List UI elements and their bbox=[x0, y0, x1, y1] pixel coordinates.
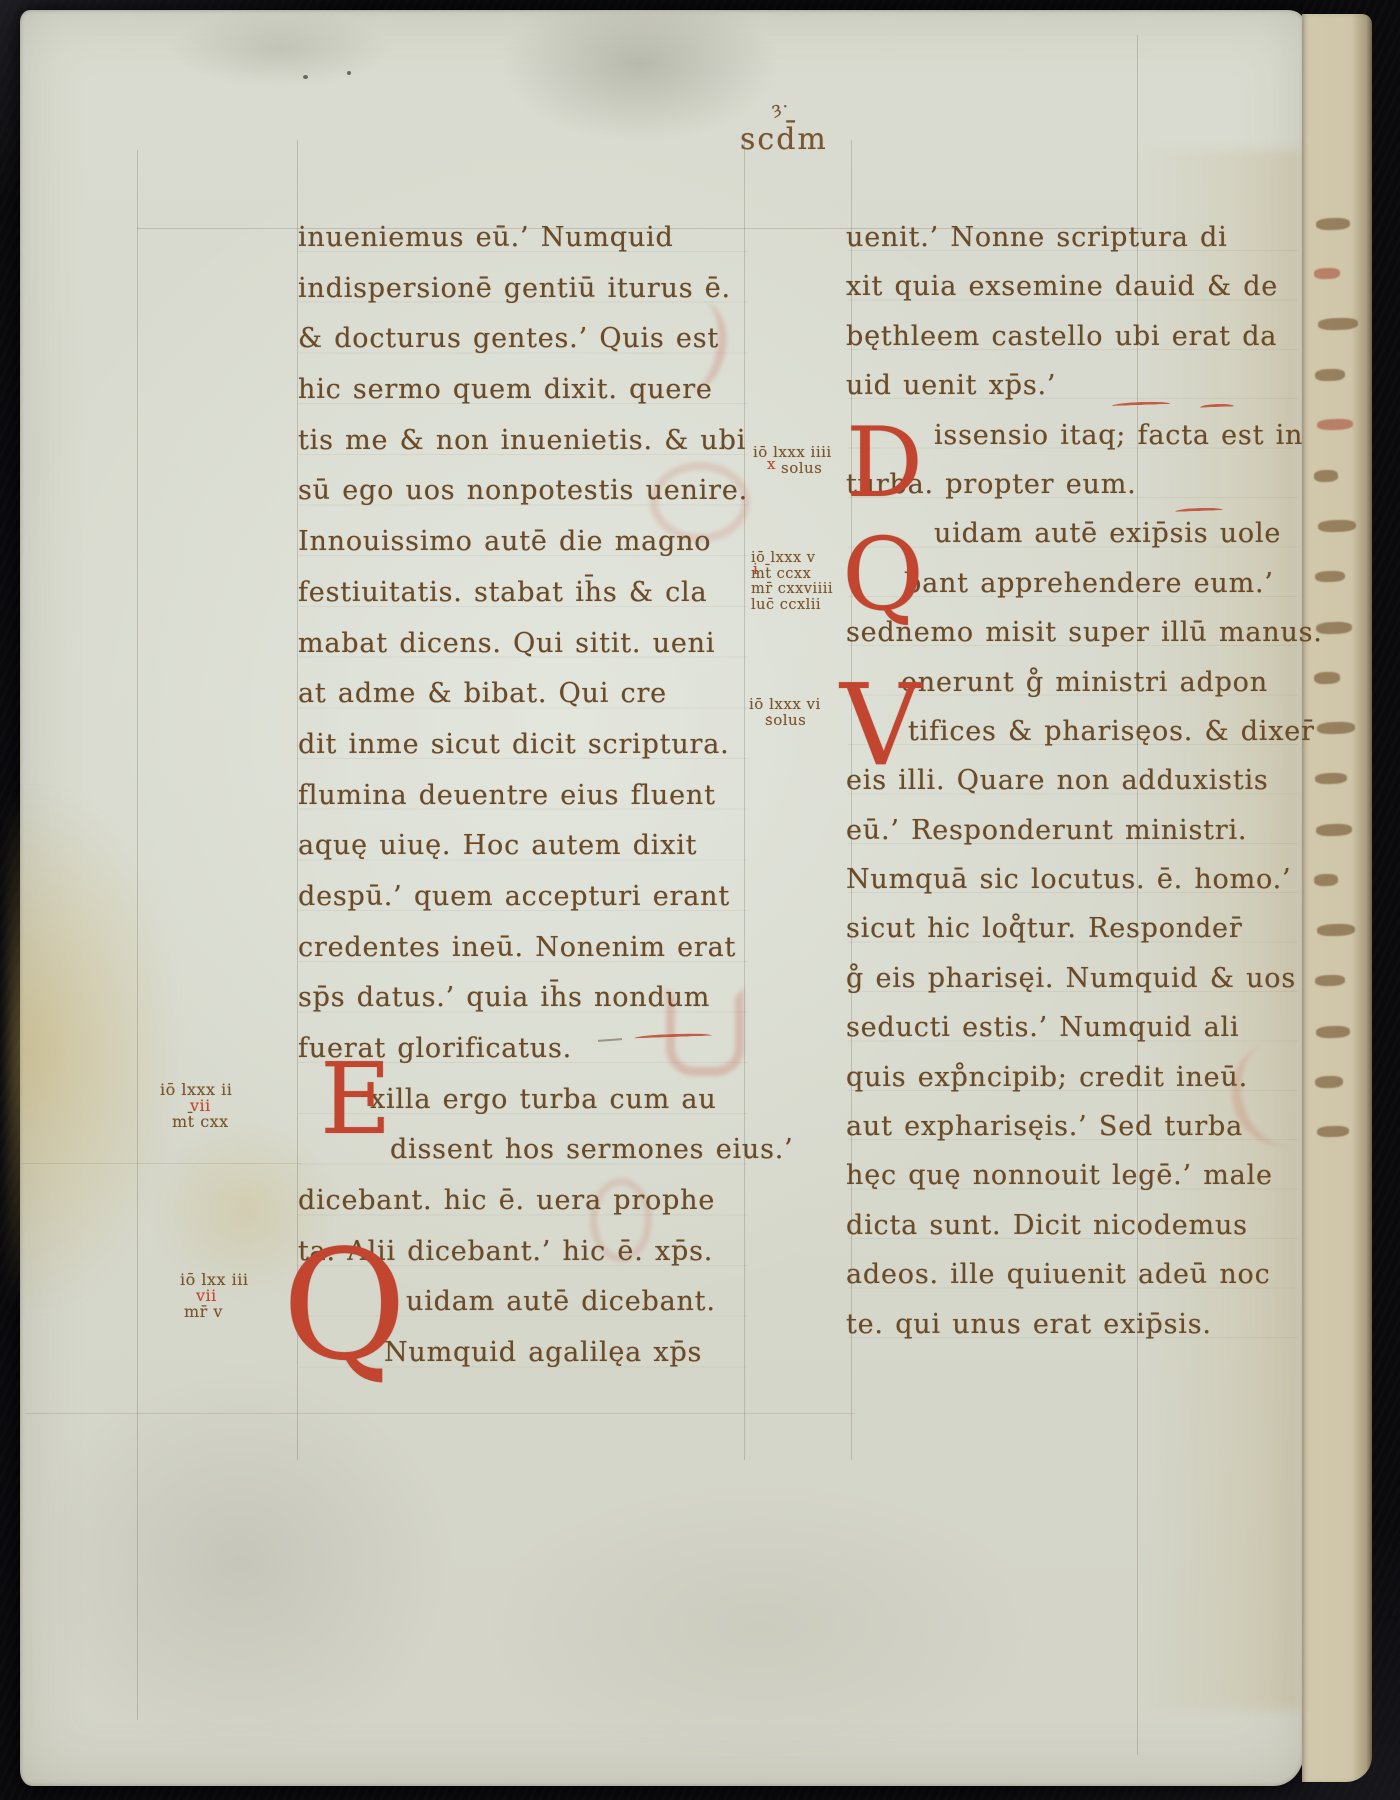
text-line: hęc quę nonnouit legē.’ male bbox=[846, 1151, 1316, 1200]
manuscript-photo: { "page": { "heading": "scd̄m", "heading… bbox=[0, 0, 1400, 1800]
text-line: te. qui unus erat exip̄sis. bbox=[846, 1300, 1316, 1349]
text-line: at adme & bibat. Qui cre bbox=[298, 669, 768, 720]
prick-mark bbox=[347, 71, 351, 75]
canon-ref-parallel: luc̄ ccxlii bbox=[751, 598, 833, 614]
initial-q-right: Q bbox=[842, 530, 924, 620]
facing-page-text-fragment bbox=[1314, 268, 1340, 280]
text-line: bęthleem castello ubi erat da bbox=[846, 312, 1316, 361]
text-line: Innouissimo autē die magno bbox=[298, 517, 768, 568]
text-line: credentes ineū. Nonenim erat bbox=[298, 923, 768, 974]
canon-solus: solus bbox=[765, 712, 821, 728]
text-line: aut expharisęis.’ Sed turba bbox=[846, 1102, 1316, 1151]
text-line: g̊ eis pharisęi. Numquid & uos bbox=[846, 954, 1316, 1003]
text-line: hic sermo quem dixit. quere bbox=[298, 365, 768, 416]
text-line: bant apprehendere eum.’ bbox=[904, 559, 1316, 608]
canon-ref-parallel: mt̄ ccxx bbox=[751, 567, 833, 583]
text-line: inueniemus eū.’ Numquid bbox=[298, 213, 768, 264]
ruling-line-vertical bbox=[137, 150, 138, 1720]
canon-solus: solus bbox=[781, 460, 832, 476]
text-line: enerunt g̊ ministri adpon bbox=[901, 658, 1316, 707]
text-line: xit quia exsemine dauid & de bbox=[846, 262, 1316, 311]
text-line: uid uenit xp̄s.’ bbox=[846, 361, 1316, 410]
text-line: indispersionē gentiū iturus ē. bbox=[298, 264, 768, 315]
facing-page-text-fragment bbox=[1315, 368, 1345, 381]
text-line: aquę uiuę. Hoc autem dixit bbox=[298, 821, 768, 872]
initial-q-left: Q bbox=[282, 1238, 407, 1375]
text-line: seducti estis.’ Numquid ali bbox=[846, 1003, 1316, 1052]
text-line: sū ego uos nonpotestis uenire. bbox=[298, 466, 768, 517]
text-line: dicta sunt. Dicit nicodemus bbox=[846, 1201, 1316, 1250]
text-line: uidam autē dicebant. bbox=[406, 1277, 768, 1328]
initial-d-right: D bbox=[846, 420, 923, 506]
rubric-mark: i bbox=[753, 562, 758, 578]
text-line: dit inme sicut dicit scriptura. bbox=[298, 720, 768, 771]
text-line: & docturus gentes.’ Quis est bbox=[298, 314, 768, 365]
text-line: festiuitatis. stabat ih̄s & cla bbox=[298, 568, 768, 619]
text-line: mabat dicens. Qui sitit. ueni bbox=[298, 619, 768, 670]
text-line: Numquid agalilęa xp̄s bbox=[384, 1328, 768, 1379]
gutter-note-canon: iō lxxx vi solus · bbox=[749, 696, 821, 728]
facing-page-text-fragment bbox=[1314, 874, 1338, 887]
text-line: tifices & pharisęos. & dixer̄ bbox=[908, 707, 1316, 756]
ruling-line-horizontal bbox=[22, 1163, 302, 1164]
text-line: uidam autē exip̄sis uole bbox=[934, 509, 1316, 558]
facing-page-text-fragment bbox=[1314, 470, 1338, 483]
text-line: Numquā sic locutus. ē. homo.’ bbox=[846, 855, 1316, 904]
text-line: issensio itaq; facta est in bbox=[934, 411, 1316, 460]
margin-note-canon: iō lxx iii vii mr̄ v bbox=[180, 1272, 248, 1320]
text-line: sp̄s datus.’ quia ih̄s nondum bbox=[298, 973, 768, 1024]
text-line: dissent hos sermones eius.’ bbox=[390, 1125, 768, 1176]
text-line: quis exp̊ncipib; credit ineū. bbox=[846, 1053, 1316, 1102]
ruling-line-horizontal bbox=[25, 1413, 855, 1414]
text-column-left: inueniemus eū.’ Numquid indispersionē ge… bbox=[298, 213, 768, 1379]
canon-ref-john: iō lxxx vi bbox=[749, 696, 821, 712]
gutter-note-canon: iō lxxx iiii solus x bbox=[753, 444, 832, 476]
initial-v-right: V bbox=[840, 676, 921, 777]
running-title-text: scd̄m bbox=[740, 122, 828, 157]
facing-page-text-fragment bbox=[1315, 1076, 1343, 1089]
prick-mark bbox=[303, 75, 308, 79]
text-line: sicut hic loq̊tur. Responder̄ bbox=[846, 904, 1316, 953]
canon-ref-parallel: mt̄ cxx bbox=[172, 1114, 232, 1130]
rubric-mark: · bbox=[767, 709, 772, 725]
canon-ref-parallel: mr̄ v bbox=[184, 1304, 248, 1320]
canon-ref-john: iō lxxx iiii bbox=[753, 444, 832, 460]
gutter-note-canon: iō lxxx v mt̄ ccxx mr̄ cxxviiii luc̄ ccx… bbox=[751, 551, 833, 613]
text-line: adeos. ille quiuenit adeū noc bbox=[846, 1250, 1316, 1299]
text-line: uenit.’ Nonne scriptura di bbox=[846, 213, 1316, 262]
canon-ref-john: iō lxxx v bbox=[751, 551, 833, 567]
text-line: xilla ergo turba cum au bbox=[370, 1075, 768, 1126]
abbreviation-flourish: ȝ· bbox=[770, 96, 792, 119]
running-title: ȝ· scd̄m bbox=[740, 122, 828, 157]
margin-note-canon: iō lxxx ii vii mt̄ cxx bbox=[160, 1082, 232, 1130]
text-line: despū.’ quem accepturi erant bbox=[298, 872, 768, 923]
canon-ref-parallel: mr̄ cxxviiii bbox=[751, 582, 833, 598]
text-line: eū.’ Responderunt ministri. bbox=[846, 806, 1316, 855]
text-line: tis me & non inuenietis. & ubi bbox=[298, 416, 768, 467]
facing-page-text-fragment bbox=[1314, 672, 1340, 685]
initial-e: E bbox=[320, 1056, 392, 1144]
text-line: flumina deuentre eius fluent bbox=[298, 771, 768, 822]
rubric-mark: x bbox=[767, 456, 776, 472]
